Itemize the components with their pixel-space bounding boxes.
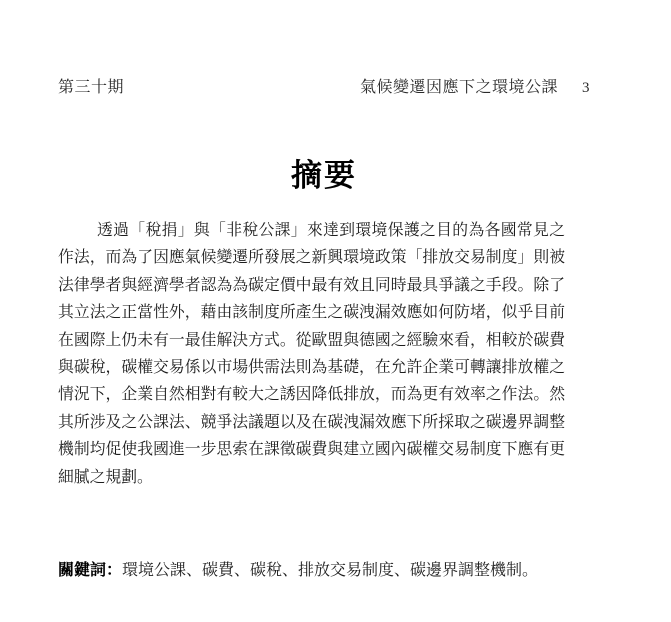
page-header: 第三十期 氣候變遷因應下之環境公課 3 [58, 74, 590, 97]
document-page: 第三十期 氣候變遷因應下之環境公課 3 摘要 透過「稅捐」與「非稅公課」來達到環… [0, 0, 671, 622]
journal-issue: 第三十期 [58, 74, 360, 97]
abstract-title: 摘要 [58, 158, 590, 194]
keywords-text: 環境公課、碳費、碳稅、排放交易制度、碳邊界調整機制。 [122, 562, 538, 579]
keywords-colon: ： [106, 562, 122, 579]
keywords-label: 關鍵詞 [58, 562, 106, 579]
keywords-line: 關鍵詞：環境公課、碳費、碳稅、排放交易制度、碳邊界調整機制。 [58, 557, 538, 580]
running-title: 氣候變遷因應下之環境公課 [360, 74, 558, 97]
abstract-paragraph: 透過「稅捐」與「非稅公課」來達到環境保護之目的為各國常見之作法，而為了因應氣候變… [58, 217, 565, 491]
page-number: 3 [582, 80, 590, 97]
